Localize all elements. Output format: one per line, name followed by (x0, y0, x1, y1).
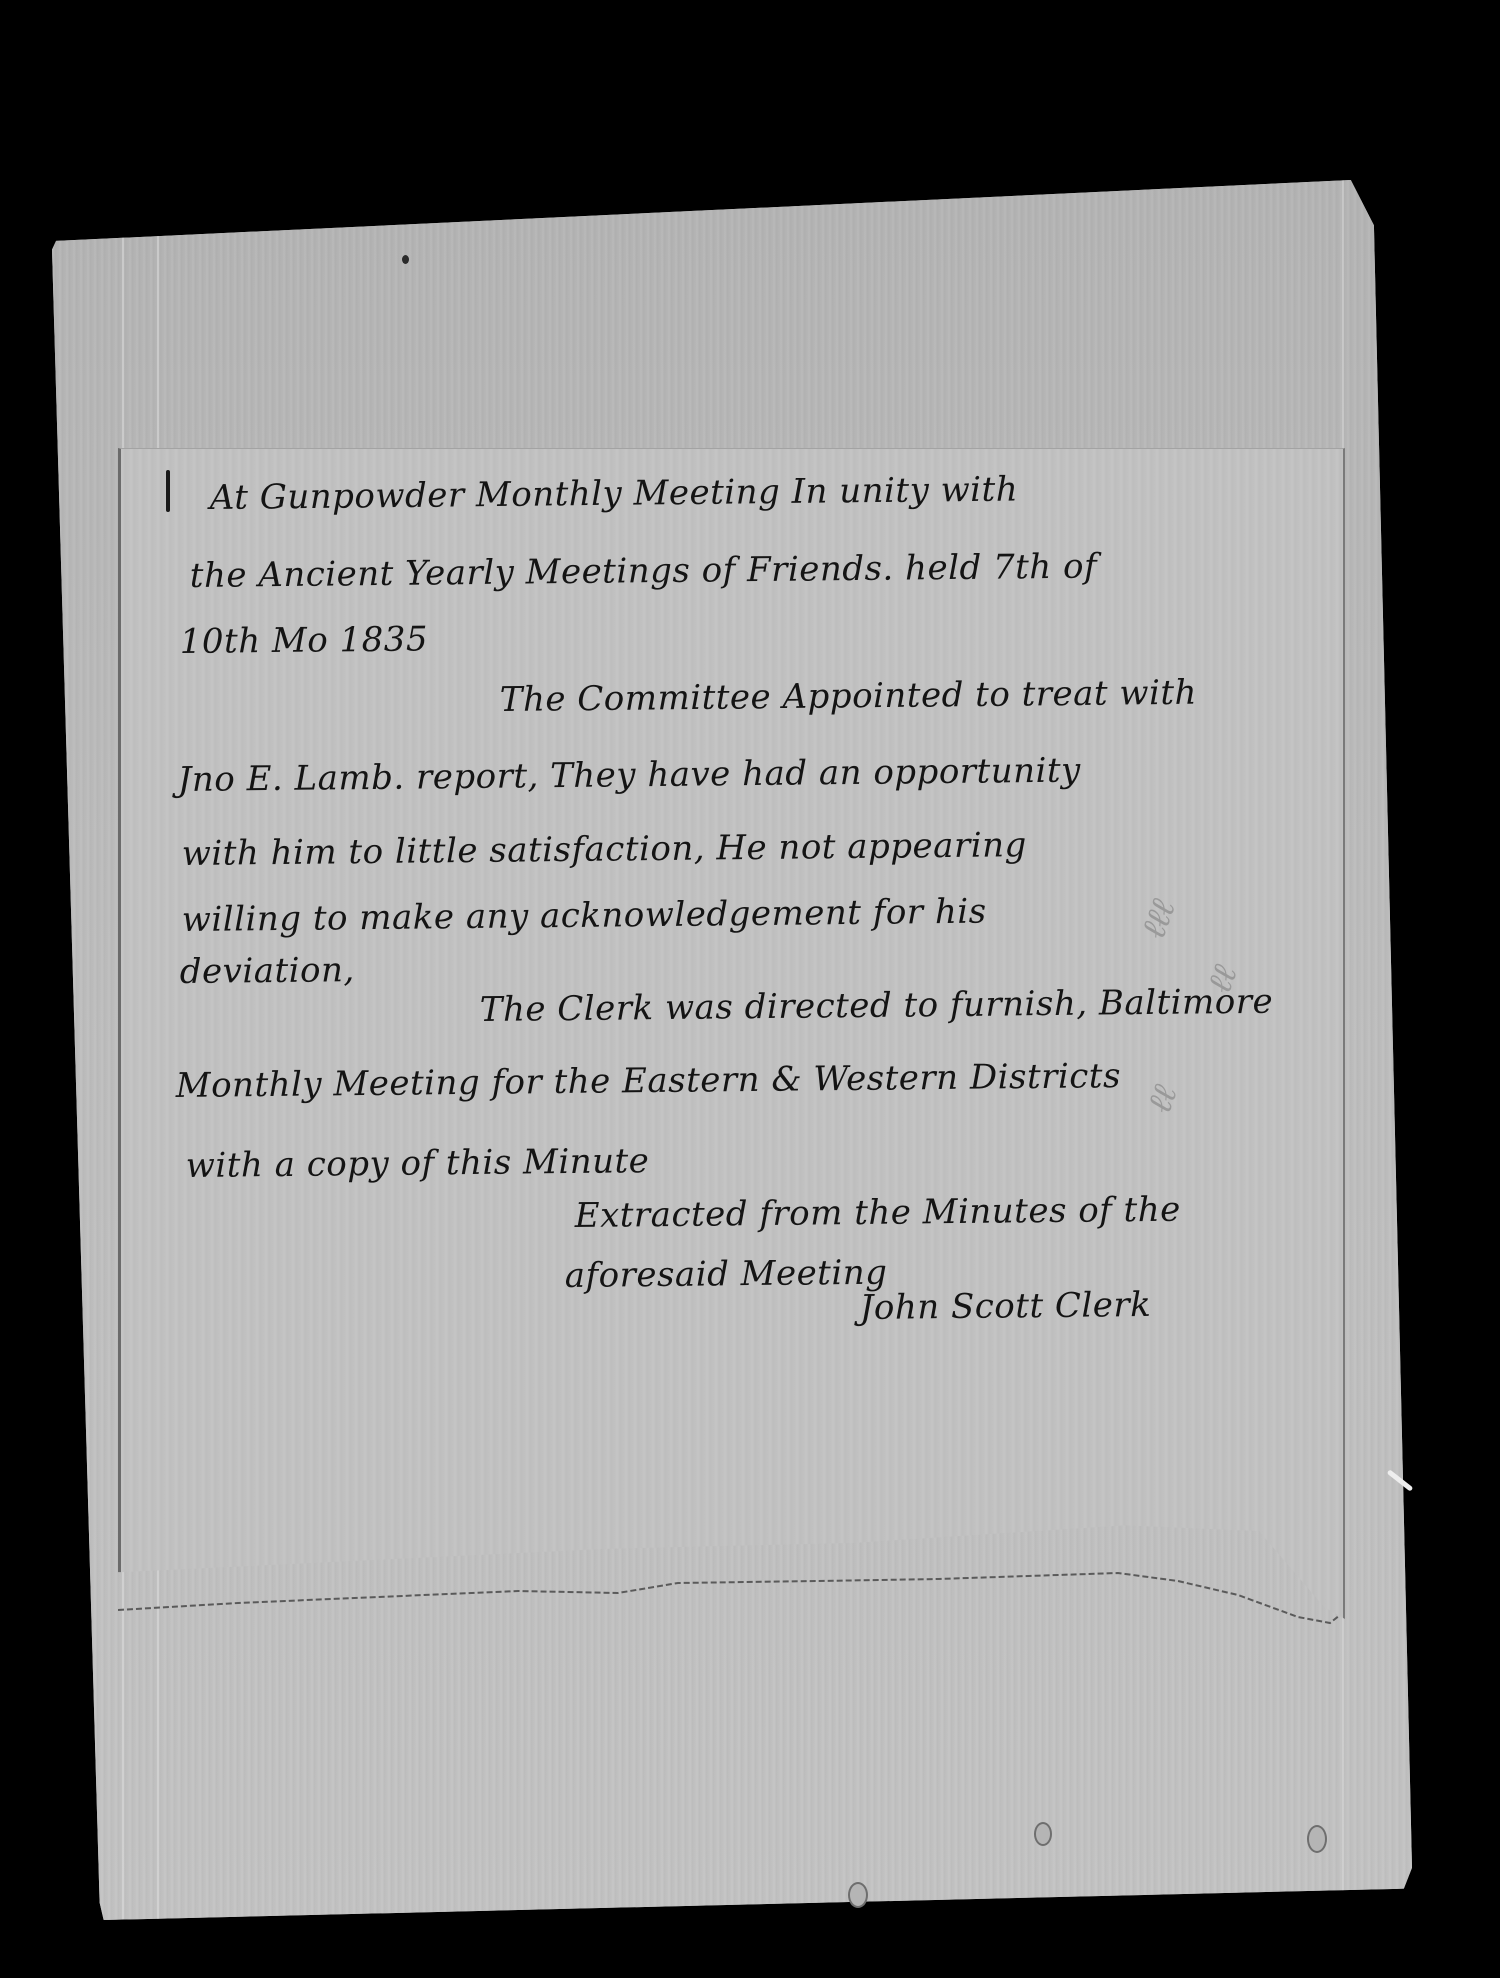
paragraph-2-line-1: The Clerk was directed to furnish, Balti… (480, 982, 1274, 1030)
minute-header-line-1: At Gunpowder Monthly Meeting In unity wi… (210, 470, 1019, 518)
margin-mark (166, 470, 170, 512)
punch-hole (1034, 1822, 1052, 1846)
paragraph-2-line-3: with a copy of this Minute (186, 1141, 650, 1186)
paragraph-1-line-5: deviation, (180, 950, 355, 992)
attestation-line-1: Extracted from the Minutes of the (575, 1190, 1181, 1236)
ink-spot (402, 255, 409, 264)
attestation-line-2: aforesaid Meeting (565, 1253, 888, 1296)
minute-date: 10th Mo 1835 (180, 619, 429, 662)
paragraph-1-line-4: willing to make any acknowledgement for … (182, 892, 987, 940)
punch-hole (848, 1882, 868, 1908)
paragraph-1-line-1: The Committee Appointed to treat with (500, 673, 1198, 720)
punch-hole (1307, 1825, 1327, 1853)
clerk-signature: John Scott Clerk (860, 1285, 1152, 1328)
